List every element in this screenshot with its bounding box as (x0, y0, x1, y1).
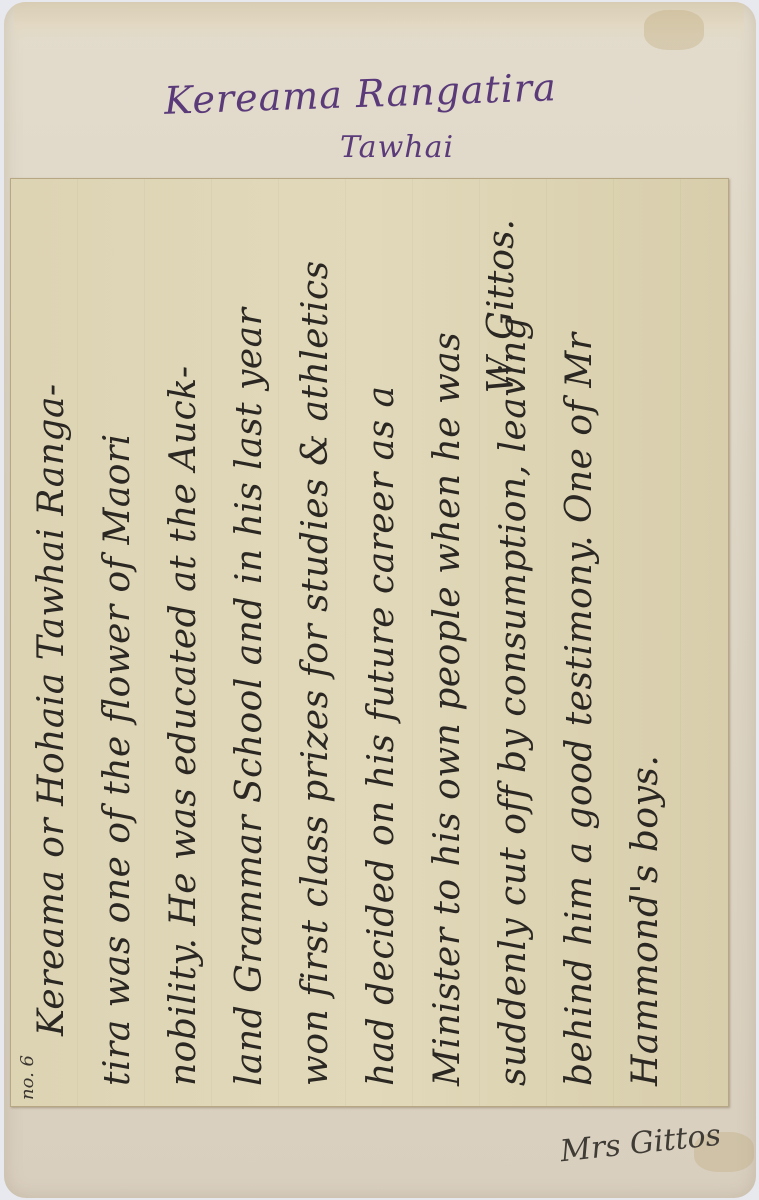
note-line: Minister to his own people when he was (415, 209, 481, 1086)
note-number: no. 6 (17, 1055, 38, 1100)
note-signature: W. Gittos. (481, 219, 522, 393)
handwritten-note: no. 6 Kereama or Hohaia Tawhai Ranga- ti… (10, 178, 729, 1107)
paper-stain (644, 10, 704, 50)
note-line: Hammond's boys. (613, 209, 679, 1086)
header-name: Kereama Rangatira (163, 65, 557, 123)
note-line: tira was one of the flower of Maori (85, 209, 151, 1086)
photo-card-back: Kereama Rangatira Tawhai no. 6 Kereama o… (4, 2, 756, 1198)
note-line: won first class prizes for studies & ath… (283, 209, 349, 1086)
note-line: nobility. He was educated at the Auck- (151, 209, 217, 1086)
note-line: land Grammar School and in his last year (217, 209, 283, 1086)
note-text-block: no. 6 Kereama or Hohaia Tawhai Ranga- ti… (11, 179, 728, 1106)
note-line: behind him a good testimony. One of Mr (547, 209, 613, 1086)
torn-top-edge (14, 2, 744, 42)
note-line: had decided on his future career as a (349, 209, 415, 1086)
note-line: Kereama or Hohaia Tawhai Ranga- (19, 209, 85, 1086)
note-rotated-content: no. 6 Kereama or Hohaia Tawhai Ranga- ti… (11, 179, 728, 1106)
header-subname: Tawhai (340, 130, 454, 165)
